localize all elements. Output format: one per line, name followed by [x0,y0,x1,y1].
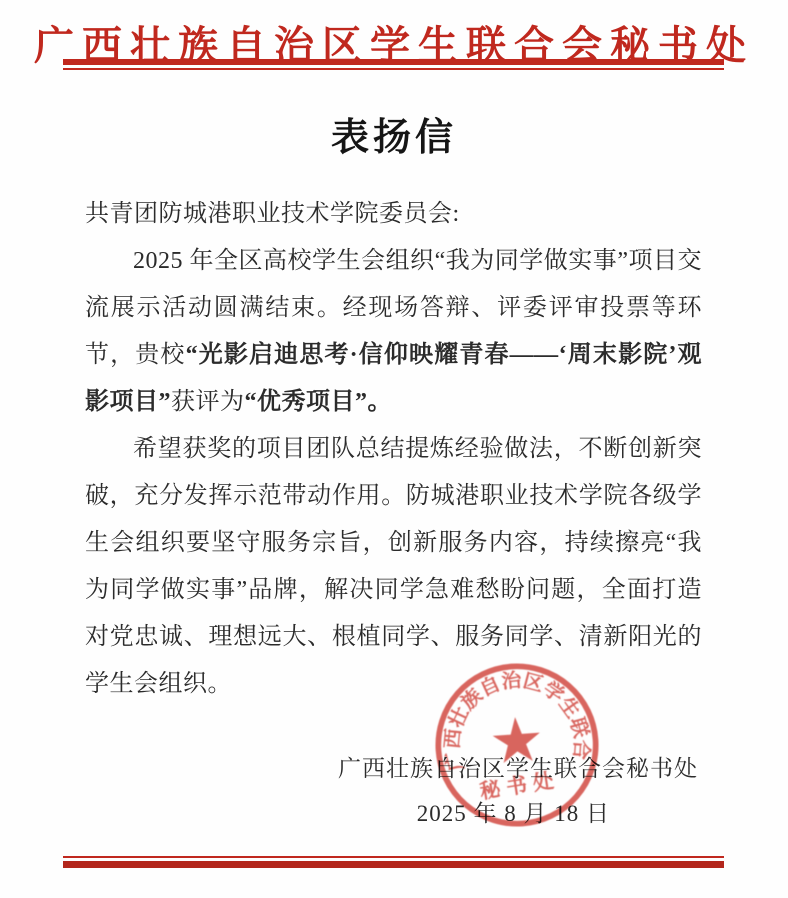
footer-divider-thick-rule [63,861,724,868]
commendation-letter-page: 广西壮族自治区学生联合会秘书处 表扬信 共青团防城港职业技术学院委员会: 202… [0,0,788,898]
letterhead-divider-thick-rule [63,59,724,65]
body-text-segment: “优秀项目”。 [245,389,393,415]
letter-body: 共青团防城港职业技术学院委员会: 2025 年全区高校学生会组织“我为同学做实事… [85,191,702,708]
signature-date: 2025 年 8 月 18 日 [417,795,610,828]
paragraph-award: 2025 年全区高校学生会组织“我为同学做实事”项目交流展示活动圆满结束。经现场… [85,238,702,426]
letterhead-divider-thin-rule [63,68,724,70]
document-title: 表扬信 [0,106,788,161]
salutation: 共青团防城港职业技术学院委员会: [85,191,702,238]
letterhead-divider [63,59,724,70]
footer-divider [63,856,724,868]
footer-divider-thin-rule [63,856,724,858]
body-text-segment: 获评为 [171,389,245,415]
paragraph-expectation: 希望获奖的项目团队总结提炼经验做法，不断创新突破，充分发挥示范带动作用。防城港职… [85,426,702,708]
signature-org: 广西壮族自治区学生联合会秘书处 [338,750,698,783]
